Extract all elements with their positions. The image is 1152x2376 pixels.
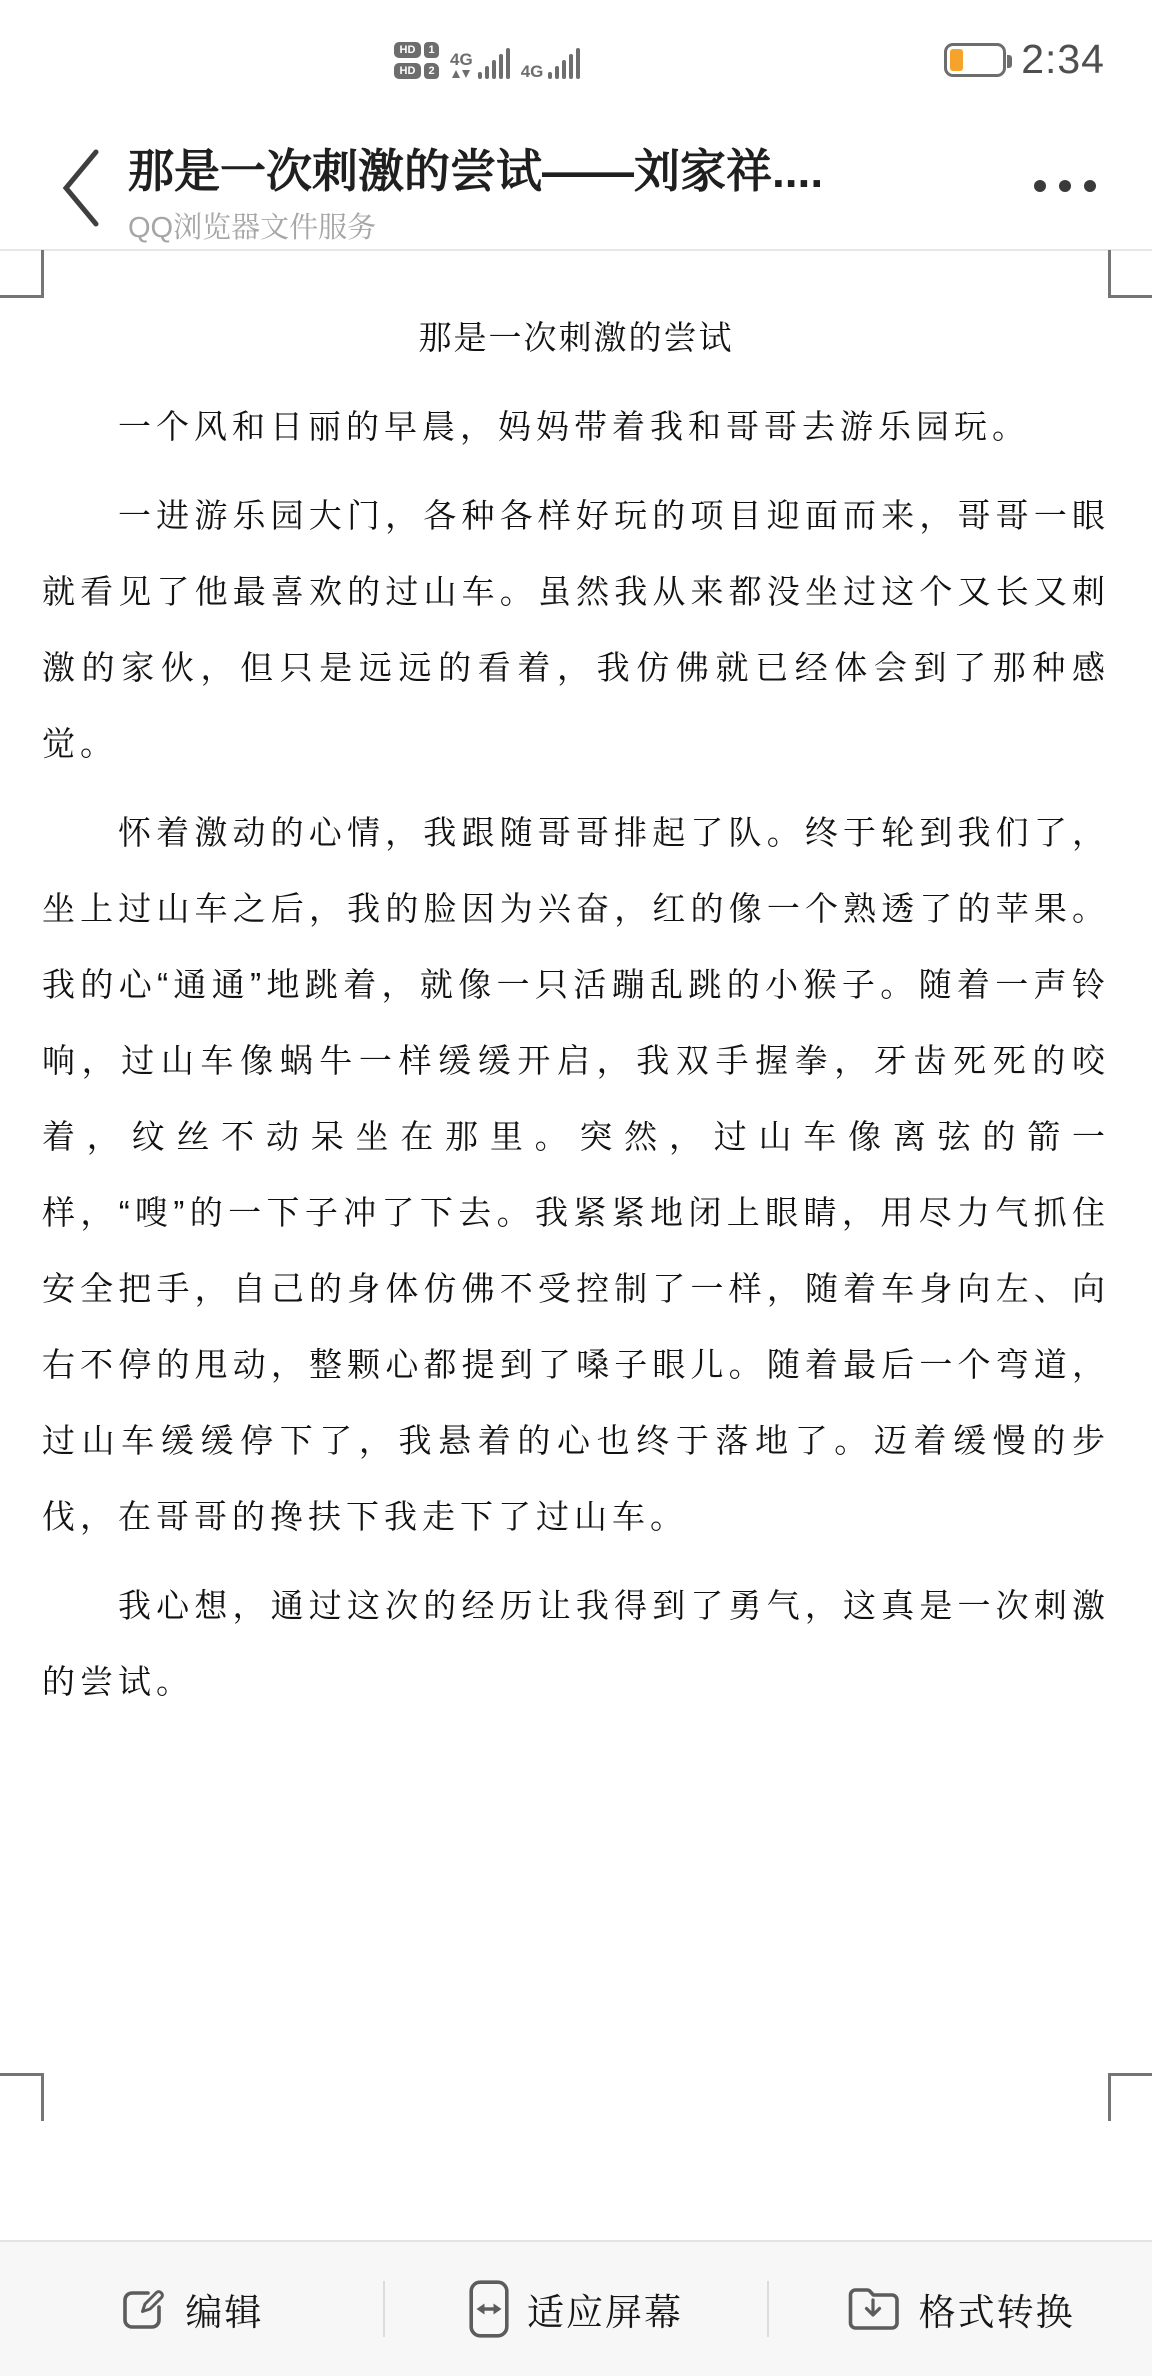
document-text: 那是一次刺激的尝试 一个风和日丽的早晨，妈妈带着我和哥哥去游乐园玩。 一进游乐园… [42, 300, 1110, 1733]
signal-sim2-icon: 4G [521, 48, 581, 79]
document-viewer[interactable]: 那是一次刺激的尝试 一个风和日丽的早晨，妈妈带着我和哥哥去游乐园玩。 一进游乐园… [0, 253, 1152, 2240]
crop-mark-top-right [1108, 250, 1152, 298]
hd2-icon: HD [394, 63, 421, 79]
sim1-icon: 1 [424, 42, 439, 58]
crop-mark-bottom-right [1108, 2073, 1152, 2121]
hd1-icon: HD [394, 42, 421, 58]
battery-level-fill [950, 49, 963, 71]
network-type-sim1: 4G [450, 53, 473, 67]
edit-label: 编辑 [185, 2282, 263, 2336]
crop-mark-top-left [0, 250, 44, 298]
document-paragraph: 一个风和日丽的早晨，妈妈带着我和哥哥去游乐园玩。 [42, 389, 1110, 465]
fit-screen-button[interactable]: 适应屏幕 [385, 2242, 768, 2376]
hd-sim2-row: HD 2 [394, 63, 439, 79]
status-left-icons: HD 1 HD 2 4G 4G [394, 42, 580, 79]
title-bar: 那是一次刺激的尝试——刘家祥.... QQ浏览器文件服务 [0, 90, 1152, 251]
edit-icon [119, 2285, 167, 2333]
crop-mark-bottom-left [0, 2073, 44, 2121]
format-convert-button[interactable]: 格式转换 [769, 2242, 1152, 2376]
fit-screen-icon [469, 2280, 509, 2338]
document-paragraph: 一进游乐园大门，各种各样好玩的项目迎面而来，哥哥一眼就看见了他最喜欢的过山车。虽… [42, 478, 1110, 782]
document-paragraph: 怀着激动的心情，我跟随哥哥排起了队。终于轮到我们了，坐上过山车之后，我的脸因为兴… [42, 795, 1110, 1555]
hd-sim1-row: HD 1 [394, 42, 439, 58]
data-activity-icon [452, 70, 470, 79]
file-subtitle: QQ浏览器文件服务 [128, 205, 992, 246]
edit-button[interactable]: 编辑 [0, 2242, 383, 2376]
fit-screen-label: 适应屏幕 [527, 2282, 683, 2336]
menu-dot [1084, 180, 1096, 192]
signal-bars-sim1 [478, 48, 510, 79]
menu-dot [1034, 180, 1046, 192]
signal-bars-sim2 [548, 48, 580, 79]
file-title-block: 那是一次刺激的尝试——刘家祥.... QQ浏览器文件服务 [128, 144, 992, 246]
folder-convert-icon [847, 2285, 901, 2333]
network-type-sim2: 4G [521, 65, 544, 79]
battery-icon [944, 43, 1006, 77]
status-bar: HD 1 HD 2 4G 4G [0, 0, 1152, 90]
battery-cap [1007, 55, 1012, 68]
hd-volte-icons: HD 1 HD 2 [394, 42, 439, 79]
status-right-icons: 2:34 [944, 36, 1105, 83]
clock-text: 2:34 [1021, 36, 1105, 83]
file-title: 那是一次刺激的尝试——刘家祥.... [128, 144, 992, 198]
document-paragraph: 我心想，通过这次的经历让我得到了勇气，这真是一次刺激的尝试。 [42, 1568, 1110, 1720]
sim2-icon: 2 [424, 63, 439, 79]
phone-screen: HD 1 HD 2 4G 4G [0, 0, 1152, 2376]
more-menu-button[interactable] [1026, 166, 1104, 206]
format-convert-label: 格式转换 [919, 2282, 1075, 2336]
document-title: 那是一次刺激的尝试 [42, 300, 1110, 376]
bottom-toolbar: 编辑 适应屏幕 格式转换 [0, 2240, 1152, 2376]
menu-dot [1059, 180, 1071, 192]
back-chevron-icon [56, 146, 104, 230]
signal-sim1-icon: 4G [450, 48, 510, 79]
back-button[interactable] [56, 146, 104, 230]
